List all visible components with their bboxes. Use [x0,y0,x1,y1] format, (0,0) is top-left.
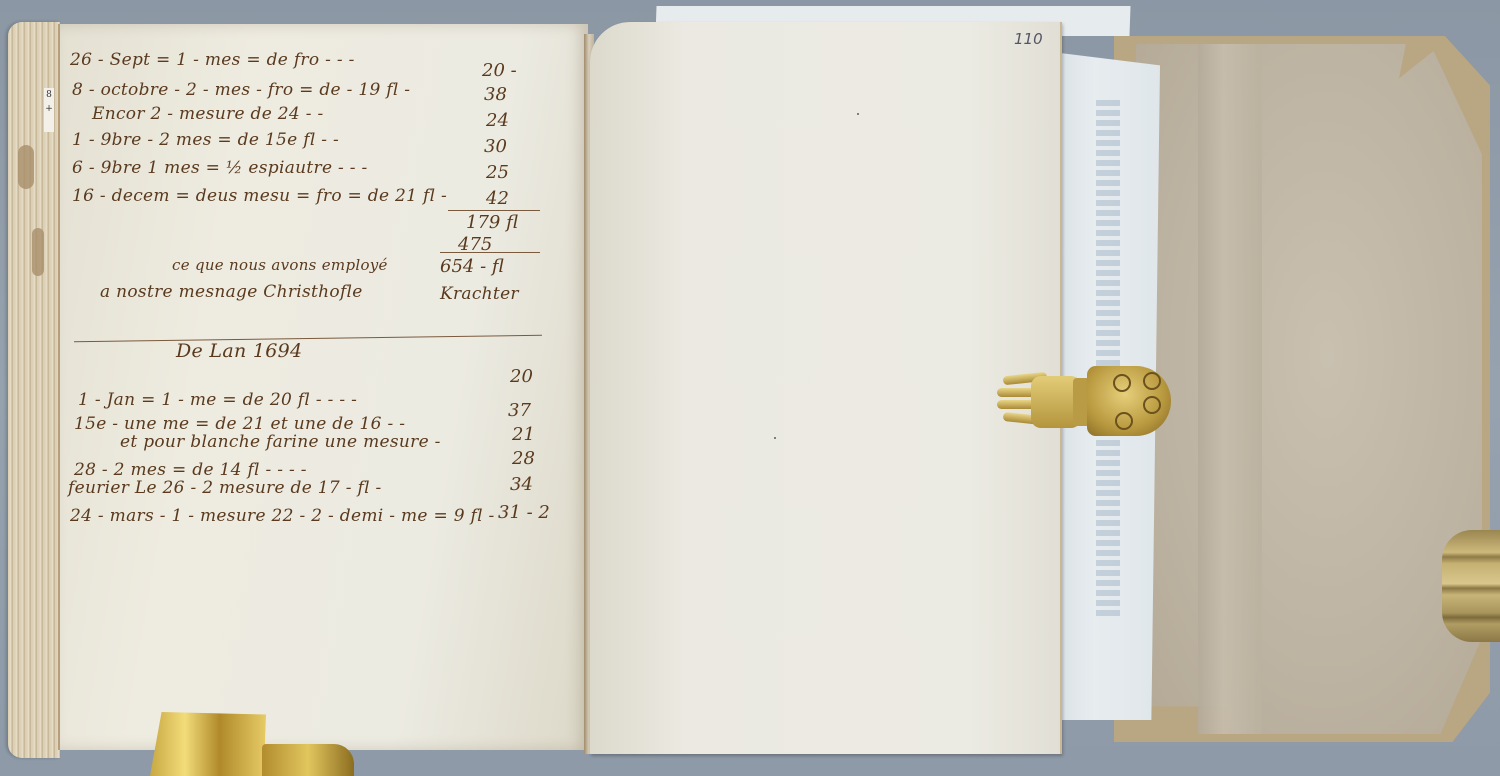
entry-amount: 20 [510,366,533,387]
entry-amount: 42 [486,188,509,209]
signature-name: Krachter [440,284,519,304]
brass-clasp-icon [1442,530,1500,642]
hinge-strip [1198,44,1262,734]
entry-text: 1 - 9bre - 2 mes = de 15e fl - - [72,130,339,150]
entry-text: Encor 2 - mesure de 24 - - [92,104,324,124]
total-label: ce que nous avons employé [172,256,388,274]
subtotal: 179 fl [466,212,518,233]
entry-text: 24 - mars - 1 - mesure 22 - 2 - demi - m… [70,506,495,526]
entry-text: 1 - Jan = 1 - me = de 20 fl - - - - [78,390,357,410]
edge-label: 8+ [44,88,54,132]
entry-text: 8 - octobre - 2 - mes - fro = de - 19 fl… [72,80,410,100]
entry-amount: 30 [484,136,507,157]
entry-text: 15e - une me = de 21 et une de 16 - - [74,414,405,434]
folio-number: 110 [1014,30,1043,48]
entry-amount: 28 [512,448,535,469]
brass-hand-clip-icon [995,364,1173,440]
entry-amount: 24 [486,110,509,131]
entry-text: 26 - Sept = 1 - mes = de fro - - - [70,50,355,70]
entry-text: 16 - decem = deus mesu = fro = de 21 fl … [72,186,447,206]
section-heading: De Lan 1694 [176,340,302,362]
entry-text: et pour blanche farine une mesure - [120,432,441,452]
signature-line: a nostre mesnage Christhofle [100,282,363,302]
slip-faded-text [1096,100,1120,620]
entry-amount: 21 [512,424,535,445]
entry-amount: 34 [510,474,533,495]
right-page [590,22,1062,754]
brass-clip-base [262,744,354,776]
paper-speck [774,437,776,439]
page-tab [32,228,44,276]
entry-amount: 37 [508,400,531,421]
page-stack-edge [8,22,60,758]
sum-rule [440,252,540,253]
total-amount: 654 - fl [440,256,504,277]
entry-amount: 31 - 2 [498,502,550,523]
entry-amount: 38 [484,84,507,105]
sum-rule [448,210,540,211]
entry-text: feurier Le 26 - 2 mesure de 17 - fl - [68,478,382,498]
page-tab [18,145,34,189]
cover-pastedown [1136,44,1482,734]
paper-speck [857,113,859,115]
entry-amount: 25 [486,162,509,183]
entry-text: 28 - 2 mes = de 14 fl - - - - [74,460,307,480]
brass-clip-icon [150,712,266,776]
entry-text: 6 - 9bre 1 mes = ½ espiautre - - - [72,158,368,178]
entry-amount: 20 - [482,60,517,81]
